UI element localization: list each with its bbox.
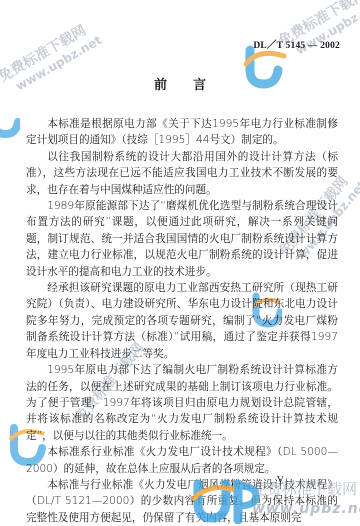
paragraph: 本标准系行业标准《火力发电厂设计技术规程》（DL 5000—2000）的延伸，故… [26, 444, 338, 477]
standard-number: DL／T 5145 — 2002 [253, 37, 340, 51]
paragraph: 本标准与行业标准《火力发电厂烟风煤粉管道设计技术规程》（DL/T 5121—20… [26, 477, 338, 526]
up-logo-icon [190, 478, 260, 524]
paragraph: 本标准是根据原电力部《关于下达1995年电力行业标准制修定计划项目的通知》（技综… [26, 116, 338, 149]
page-title: 前言 [0, 74, 360, 93]
page-number: V [277, 475, 284, 486]
document-body: 本标准是根据原电力部《关于下达1995年电力行业标准制修定计划项目的通知》（技综… [26, 116, 338, 526]
paragraph: 1995年原电力部下达了编制火电厂制粉系统设计计算标准方法的任务，以便在上述研究… [26, 362, 338, 444]
up-logo-icon [0, 100, 20, 140]
paragraph: 1989年原能源部下达了“磨煤机优化选型与制粉系统合理设计布置方法的研究”课题，… [26, 198, 338, 280]
paragraph: 经承担该研究课题的原电力工业部西安热工研究所（现热工研究院）（负责）、电力建设研… [26, 280, 338, 362]
paragraph: 以往我国制粉系统的设计大都沿用国外的设计计算方法（标准），这些方法现在已远不能适… [26, 149, 338, 198]
